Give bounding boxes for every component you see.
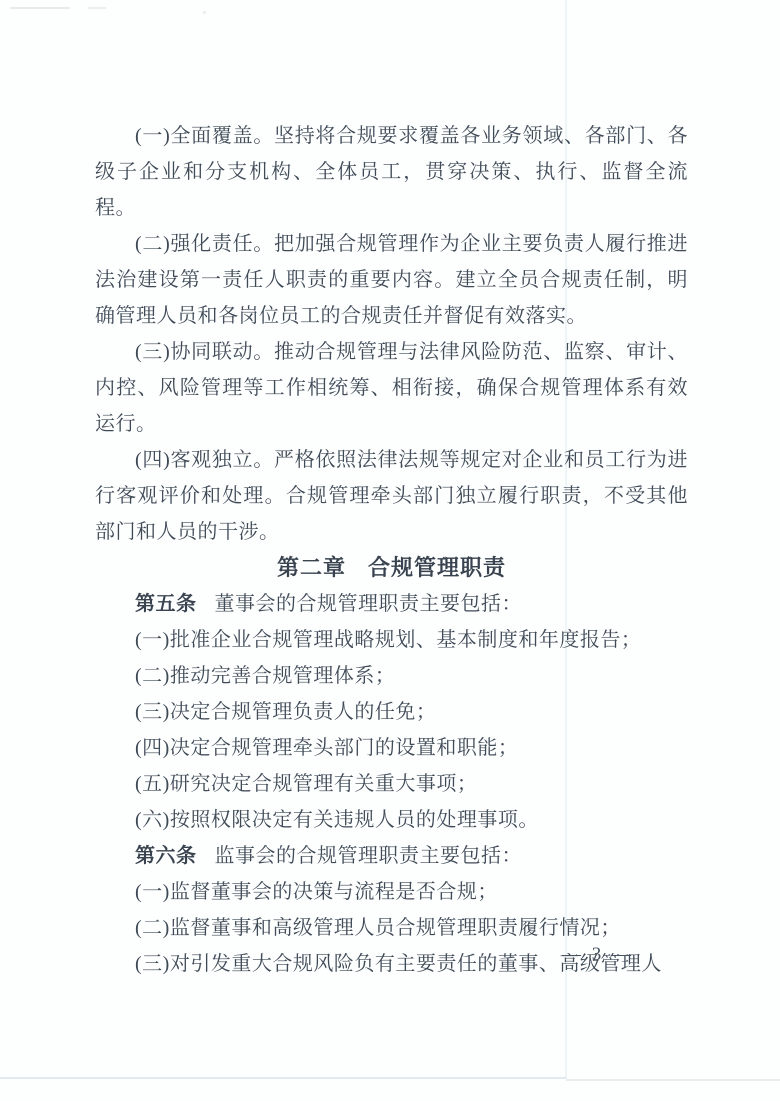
principle-paragraph-4: (四)客观独立。严格依照法律法规等规定对企业和员工行为进行客观评价和处理。合规管… (95, 442, 688, 550)
scan-artifact-horizontal-line (0, 1077, 566, 1079)
article-5-item-5: (五)研究决定合规管理有关重大事项； (95, 766, 688, 802)
scan-artifact-smudge (10, 7, 70, 9)
principle-paragraph-1: (一)全面覆盖。坚持将合规要求覆盖各业务领域、各部门、各级子企业和分支机构、全体… (95, 118, 688, 226)
document-body: (一)全面覆盖。坚持将合规要求覆盖各业务领域、各部门、各级子企业和分支机构、全体… (95, 118, 688, 982)
article-6-line: 第六条监事会的合规管理职责主要包括： (95, 838, 688, 874)
scan-artifact-smudge (88, 7, 106, 9)
article-5-item-6: (六)按照权限决定有关违规人员的处理事项。 (95, 802, 688, 838)
article-5-line: 第五条董事会的合规管理职责主要包括： (95, 586, 688, 622)
article-5-intro: 董事会的合规管理职责主要包括： (215, 593, 523, 615)
chapter-heading: 第二章合规管理职责 (95, 550, 688, 586)
scan-artifact-dot (203, 11, 206, 14)
article-6-item-2: (二)监督董事和高级管理人员合规管理职责履行情况； (95, 910, 688, 946)
chapter-number: 第二章 (277, 555, 346, 580)
article-6-intro: 监事会的合规管理职责主要包括： (215, 845, 523, 867)
principle-paragraph-2: (二)强化责任。把加强合规管理作为企业主要负责人履行推进法治建设第一责任人职责的… (95, 226, 688, 334)
article-5-item-2: (二)推动完善合规管理体系； (95, 658, 688, 694)
article-6-item-1: (一)监督董事会的决策与流程是否合规； (95, 874, 688, 910)
scan-artifact-horizontal-line (566, 1079, 780, 1081)
scanned-document-page: (一)全面覆盖。坚持将合规要求覆盖各业务领域、各部门、各级子企业和分支机构、全体… (0, 0, 780, 1101)
article-5-label: 第五条 (135, 593, 197, 615)
article-5-item-4: (四)决定合规管理牵头部门的设置和职能； (95, 730, 688, 766)
chapter-title: 合规管理职责 (368, 555, 506, 580)
principle-paragraph-3: (三)协同联动。推动合规管理与法律风险防范、监察、审计、内控、风险管理等工作相统… (95, 334, 688, 442)
article-5-item-3: (三)决定合规管理负责人的任免； (95, 694, 688, 730)
page-number: — 3 — (562, 944, 634, 966)
article-5-item-1: (一)批准企业合规管理战略规划、基本制度和年度报告； (95, 622, 688, 658)
article-6-label: 第六条 (135, 845, 197, 867)
